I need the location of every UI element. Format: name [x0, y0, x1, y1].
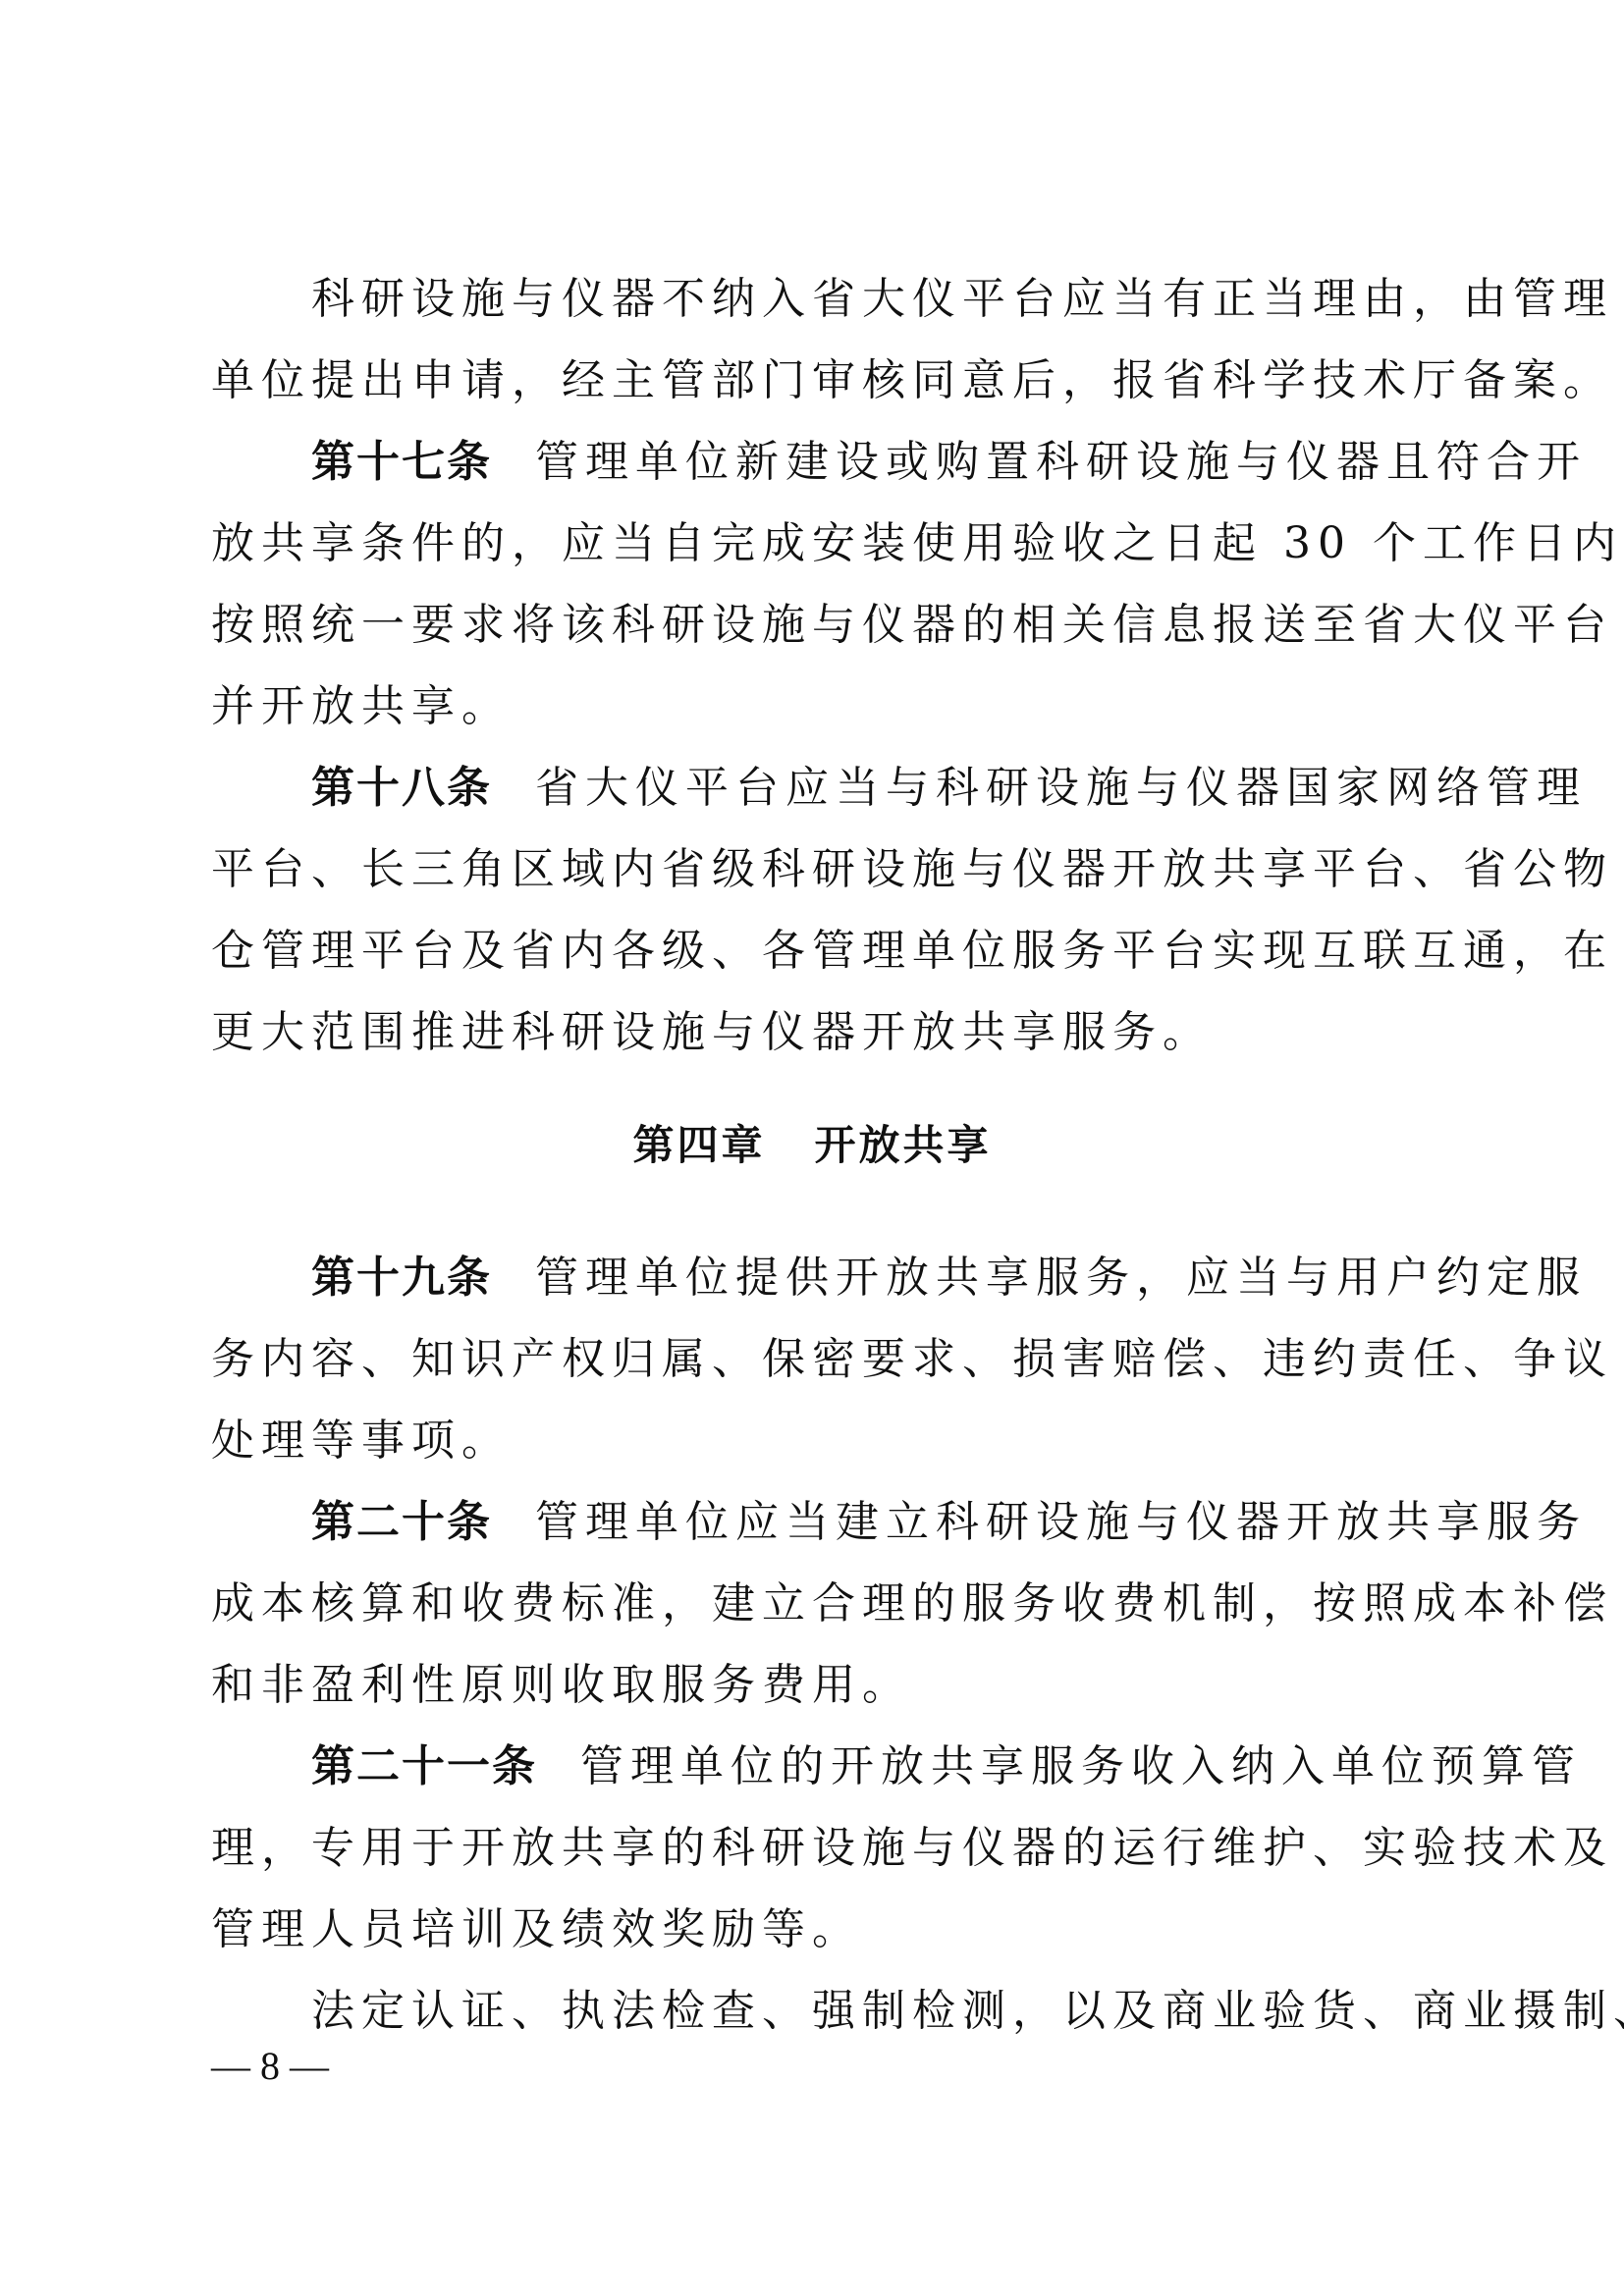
article-number: 第十八条: [311, 763, 492, 813]
paragraph-line: 仓管理平台及省内各级、各管理单位服务平台实现互联互通，在: [211, 922, 1421, 981]
article-number: 第二十条: [311, 1497, 492, 1547]
article-text: 管理单位应当建立科研设施与仪器开放共享服务: [535, 1497, 1587, 1547]
paragraph-line: 按照统一要求将该科研设施与仪器的相关信息报送至省大仪平台: [211, 596, 1421, 655]
paragraph-line: 理，专用于开放共享的科研设施与仪器的运行维护、实验技术及: [211, 1819, 1421, 1878]
article-20-line: 第二十条管理单位应当建立科研设施与仪器开放共享服务: [211, 1493, 1421, 1552]
paragraph-line: 科研设施与仪器不纳入省大仪平台应当有正当理由，由管理: [211, 270, 1421, 329]
article-text: 管理单位新建设或购置科研设施与仪器且符合开: [535, 437, 1587, 487]
paragraph-line: 法定认证、执法检查、强制检测，以及商业验货、商业摄制、: [211, 1982, 1421, 2041]
paragraph-line: 平台、长三角区域内省级科研设施与仪器开放共享平台、省公物: [211, 840, 1421, 899]
chapter-number: 第四章: [632, 1121, 765, 1169]
article-text: 管理单位提供开放共享服务，应当与用户约定服: [535, 1253, 1587, 1303]
article-number: 第十九条: [311, 1253, 492, 1303]
article-21-line: 第二十一条管理单位的开放共享服务收入纳入单位预算管: [211, 1737, 1421, 1796]
paragraph-line: 放共享条件的，应当自完成安装使用验收之日起 30 个工作日内，: [211, 514, 1421, 573]
paragraph-line: 务内容、知识产权归属、保密要求、损害赔偿、违约责任、争议: [211, 1330, 1421, 1389]
article-number: 第二十一条: [311, 1741, 537, 1791]
article-18-line: 第十八条省大仪平台应当与科研设施与仪器国家网络管理: [211, 759, 1421, 818]
paragraph-line: 和非盈利性原则收取服务费用。: [211, 1656, 1421, 1715]
paragraph-line: 成本核算和收费标准，建立合理的服务收费机制，按照成本补偿: [211, 1575, 1421, 1633]
paragraph-line: 更大范围推进科研设施与仪器开放共享服务。: [211, 1003, 1421, 1062]
article-17-line: 第十七条管理单位新建设或购置科研设施与仪器且符合开: [211, 433, 1421, 492]
paragraph-line: 处理等事项。: [211, 1412, 1421, 1470]
document-page: 科研设施与仪器不纳入省大仪平台应当有正当理由，由管理 单位提出申请，经主管部门审…: [0, 0, 1624, 2296]
article-text: 省大仪平台应当与科研设施与仪器国家网络管理: [535, 763, 1587, 813]
page-number: — 8 —: [211, 2042, 329, 2091]
article-text: 管理单位的开放共享服务收入纳入单位预算管: [580, 1741, 1582, 1791]
chapter-heading: 第四章开放共享: [0, 1116, 1624, 1175]
chapter-title: 开放共享: [815, 1121, 992, 1169]
paragraph-line: 管理人员培训及绩效奖励等。: [211, 1900, 1421, 1959]
article-19-line: 第十九条管理单位提供开放共享服务，应当与用户约定服: [211, 1249, 1421, 1308]
paragraph-line: 单位提出申请，经主管部门审核同意后，报省科学技术厅备案。: [211, 351, 1421, 410]
article-number: 第十七条: [311, 437, 492, 487]
paragraph-line: 并开放共享。: [211, 677, 1421, 736]
